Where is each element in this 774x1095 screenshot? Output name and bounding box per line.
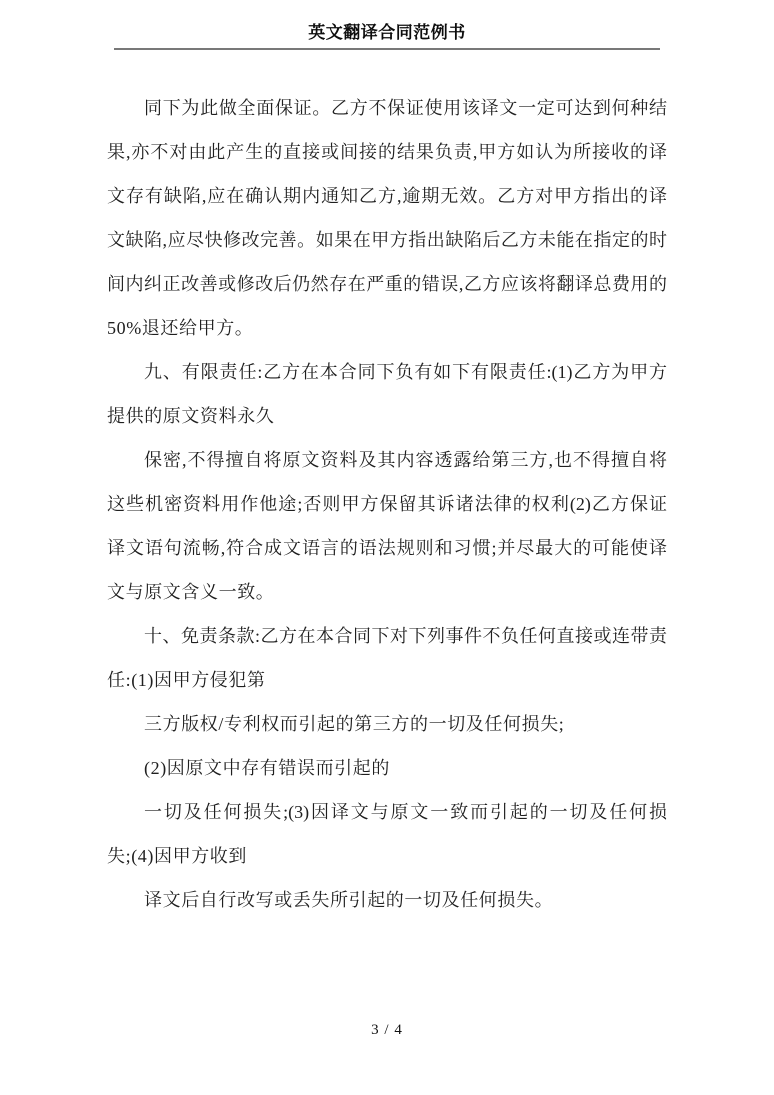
text-line: 译文后自行改写或丢失所引起的一切及任何损失。 [107,878,667,922]
text-line: 十、免责条款:乙方在本合同下对下列事件不负任何直接或连带责 [107,614,667,658]
text-line: 同下为此做全面保证。乙方不保证使用该译文一定可达到何种结 [107,86,667,130]
document-body: 同下为此做全面保证。乙方不保证使用该译文一定可达到何种结果,亦不对由此产生的直接… [107,86,667,922]
text-line: 三方版权/专利权而引起的第三方的一切及任何损失; [107,702,667,746]
text-line: 提供的原文资料永久 [107,394,667,438]
text-line: 50%退还给甲方。 [107,306,667,350]
text-line: 果,亦不对由此产生的直接或间接的结果负责,甲方如认为所接收的译 [107,130,667,174]
text-line: 文缺陷,应尽快修改完善。如果在甲方指出缺陷后乙方未能在指定的时 [107,218,667,262]
text-line: 译文语句流畅,符合成文语言的语法规则和习惯;并尽最大的可能使译 [107,526,667,570]
document-page: 英文翻译合同范例书 同下为此做全面保证。乙方不保证使用该译文一定可达到何种结果,… [0,0,774,1095]
text-line: 这些机密资料用作他途;否则甲方保留其诉诸法律的权利(2)乙方保证 [107,482,667,526]
text-line: (2)因原文中存有错误而引起的 [107,746,667,790]
document-header: 英文翻译合同范例书 [0,0,774,50]
text-line: 任:(1)因甲方侵犯第 [107,658,667,702]
text-line: 保密,不得擅自将原文资料及其内容透露给第三方,也不得擅自将 [107,438,667,482]
text-line: 文存有缺陷,应在确认期内通知乙方,逾期无效。乙方对甲方指出的译 [107,174,667,218]
text-line: 一切及任何损失;(3)因译文与原文一致而引起的一切及任何损 [107,790,667,834]
text-line: 九、有限责任:乙方在本合同下负有如下有限责任:(1)乙方为甲方 [107,350,667,394]
page-number: 3 / 4 [0,1022,774,1039]
text-line: 文与原文含义一致。 [107,570,667,614]
document-title: 英文翻译合同范例书 [0,23,774,43]
text-line: 失;(4)因甲方收到 [107,834,667,878]
header-divider [114,48,660,50]
text-line: 间内纠正改善或修改后仍然存在严重的错误,乙方应该将翻译总费用的 [107,262,667,306]
